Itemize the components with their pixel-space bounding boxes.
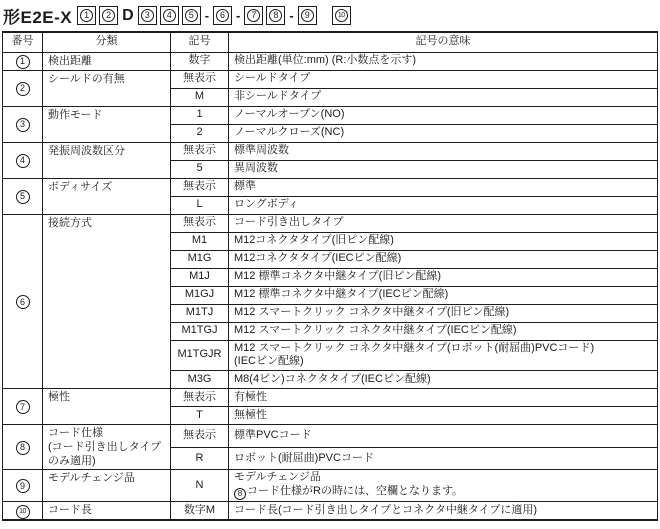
code-cell: T (171, 407, 229, 425)
meaning-cell: ノーマルクローズ(NC) (229, 124, 658, 142)
circled-number-5: 5 (16, 190, 30, 204)
meaning-cell: ノーマルオープン(NO) (229, 106, 658, 124)
category-cell: 接続方式 (43, 214, 171, 389)
circled-number-6: 6 (216, 9, 229, 22)
row-number-cell: 2 (3, 70, 43, 106)
meaning-cell: 異周波数 (229, 160, 658, 178)
circled-number-9: 9 (16, 479, 30, 493)
code-cell: M1TGJR (171, 340, 229, 371)
code-cell: M1GJ (171, 286, 229, 304)
table-row: 5ボディサイズ無表示標準 (3, 178, 658, 196)
meaning-cell: 検出距離(単位:mm) (R:小数点を示す) (229, 52, 658, 70)
row-number-cell: 1 (3, 52, 43, 70)
meaning-cell: 無極性 (229, 407, 658, 425)
meaning-cell: ロングボディ (229, 196, 658, 214)
meaning-cell: M12 標準コネクタ中継タイプ(旧ピン配線) (229, 268, 658, 286)
meaning-cell: M8(4ピン)コネクタタイプ(IECピン配線) (229, 371, 658, 389)
meaning-cell: シールドタイプ (229, 70, 658, 88)
code-cell: 無表示 (171, 389, 229, 407)
code-cell: 無表示 (171, 178, 229, 196)
table-row: 4発振周波数区分無表示標準周波数 (3, 142, 658, 160)
code-cell: 5 (171, 160, 229, 178)
row-number-cell: 8 (3, 425, 43, 470)
row-number-cell: 3 (3, 106, 43, 142)
circled-number-9: 9 (301, 9, 314, 22)
circled-number-1: 1 (80, 9, 93, 22)
code-cell: M1 (171, 232, 229, 250)
table-row: 8コード仕様(コード引き出しタイプのみ適用)無表示標準PVCコード (3, 425, 658, 448)
model-code-box: 1 (77, 6, 96, 25)
code-cell: R (171, 447, 229, 470)
meaning-cell: 非シールドタイプ (229, 88, 658, 106)
column-header-2: 分類 (43, 32, 171, 52)
meaning-cell: M12コネクタタイプ(旧ピン配線) (229, 232, 658, 250)
category-cell: シールドの有無 (43, 70, 171, 106)
code-cell: N (171, 470, 229, 502)
circled-number-10: 10 (335, 9, 348, 22)
meaning-cell: モデルチェンジ品8コード仕様がRの時には、空欄となります。 (229, 470, 658, 502)
meaning-cell: ロボット(耐屈曲)PVCコード (229, 447, 658, 470)
row-number-cell: 6 (3, 214, 43, 389)
column-header-1: 番号 (3, 32, 43, 52)
model-code-box: 5 (182, 6, 201, 25)
meaning-cell: 標準PVCコード (229, 425, 658, 448)
model-legend-table: 番号分類記号記号の意味 1検出距離数字検出距離(単位:mm) (R:小数点を示す… (2, 31, 658, 521)
circled-number-3: 3 (16, 118, 30, 132)
category-cell: ボディサイズ (43, 178, 171, 214)
category-cell: 検出距離 (43, 52, 171, 70)
table-header-row: 番号分類記号記号の意味 (3, 32, 658, 52)
catalog-page: 形E2E-X 12D345-6-78-910 番号分類記号記号の意味 1検出距離… (0, 0, 660, 521)
meaning-cell: 有極性 (229, 389, 658, 407)
circled-number-8: 8 (16, 441, 30, 455)
table-row: 7極性無表示有極性 (3, 389, 658, 407)
model-code-box: 2 (99, 6, 118, 25)
meaning-cell: M12 スマートクリック コネクタ中継タイプ(IECピン配線) (229, 322, 658, 340)
circled-number-1: 1 (16, 55, 30, 69)
model-code-box: 6 (213, 6, 232, 25)
code-cell: M1TGJ (171, 322, 229, 340)
meaning-cell: M12 スマートクリック コネクタ中継タイプ(ロボット(耐屈曲)PVCコード)(… (229, 340, 658, 371)
title-hyphen: - (289, 8, 293, 23)
code-cell: M (171, 88, 229, 106)
circled-number-4: 4 (16, 154, 30, 168)
circled-number-8: 8 (234, 488, 246, 500)
meaning-cell: 標準 (229, 178, 658, 196)
code-cell: 無表示 (171, 142, 229, 160)
title-letter: D (122, 7, 134, 25)
category-cell: モデルチェンジ品 (43, 470, 171, 502)
circled-number-8: 8 (269, 9, 282, 22)
circled-number-7: 7 (247, 9, 260, 22)
category-cell: 極性 (43, 389, 171, 425)
row-number-cell: 9 (3, 470, 43, 502)
table-row: 2シールドの有無無表示シールドタイプ (3, 70, 658, 88)
model-code-box: 4 (160, 6, 179, 25)
category-cell: 動作モード (43, 106, 171, 142)
code-cell: 無表示 (171, 425, 229, 448)
code-cell: M1G (171, 250, 229, 268)
model-number-title: 形E2E-X 12D345-6-78-910 (3, 4, 658, 27)
circled-number-5: 5 (185, 9, 198, 22)
table-row: 10コード長数字Mコード長(コード引き出しタイプとコネクタ中継タイプに適用) (3, 502, 658, 520)
circled-number-2: 2 (102, 9, 115, 22)
model-code-box: 9 (298, 6, 317, 25)
meaning-cell: M12 スマートクリック コネクタ中継タイプ(旧ピン配線) (229, 304, 658, 322)
meaning-cell: コード長(コード引き出しタイプとコネクタ中継タイプに適用) (229, 502, 658, 520)
code-cell: 無表示 (171, 214, 229, 232)
meaning-cell: 標準周波数 (229, 142, 658, 160)
category-cell: コード長 (43, 502, 171, 520)
code-cell: 数字 (171, 52, 229, 70)
table-row: 3動作モード1ノーマルオープン(NO) (3, 106, 658, 124)
circled-number-6: 6 (16, 295, 30, 309)
model-code-box: 3 (138, 6, 157, 25)
meaning-cell: コード引き出しタイプ (229, 214, 658, 232)
column-header-4: 記号の意味 (229, 32, 658, 52)
circled-number-2: 2 (16, 82, 30, 96)
title-hyphen: - (236, 8, 240, 23)
code-cell: M1TJ (171, 304, 229, 322)
title-hyphen: - (205, 8, 209, 23)
model-code-box: 8 (266, 6, 285, 25)
code-cell: 1 (171, 106, 229, 124)
code-cell: 無表示 (171, 70, 229, 88)
row-number-cell: 10 (3, 502, 43, 520)
column-header-3: 記号 (171, 32, 229, 52)
circled-number-4: 4 (163, 9, 176, 22)
category-cell: コード仕様(コード引き出しタイプのみ適用) (43, 425, 171, 470)
circled-number-3: 3 (141, 9, 154, 22)
code-cell: M1J (171, 268, 229, 286)
row-number-cell: 7 (3, 389, 43, 425)
code-cell: 2 (171, 124, 229, 142)
category-cell: 発振周波数区分 (43, 142, 171, 178)
model-code-box: 10 (332, 6, 351, 25)
row-number-cell: 4 (3, 142, 43, 178)
code-cell: 数字M (171, 502, 229, 520)
circled-number-7: 7 (16, 400, 30, 414)
circled-number-10: 10 (16, 505, 30, 519)
code-cell: L (171, 196, 229, 214)
table-row: 6接続方式無表示コード引き出しタイプ (3, 214, 658, 232)
model-prefix-text: 形E2E-X (3, 3, 72, 28)
code-cell: M3G (171, 371, 229, 389)
meaning-cell: M12 標準コネクタ中継タイプ(IECピン配線) (229, 286, 658, 304)
meaning-cell: M12コネクタタイプ(IECピン配線) (229, 250, 658, 268)
model-code-box: 7 (244, 6, 263, 25)
row-number-cell: 5 (3, 178, 43, 214)
table-row: 1検出距離数字検出距離(単位:mm) (R:小数点を示す) (3, 52, 658, 70)
table-row: 9モデルチェンジ品Nモデルチェンジ品8コード仕様がRの時には、空欄となります。 (3, 470, 658, 502)
